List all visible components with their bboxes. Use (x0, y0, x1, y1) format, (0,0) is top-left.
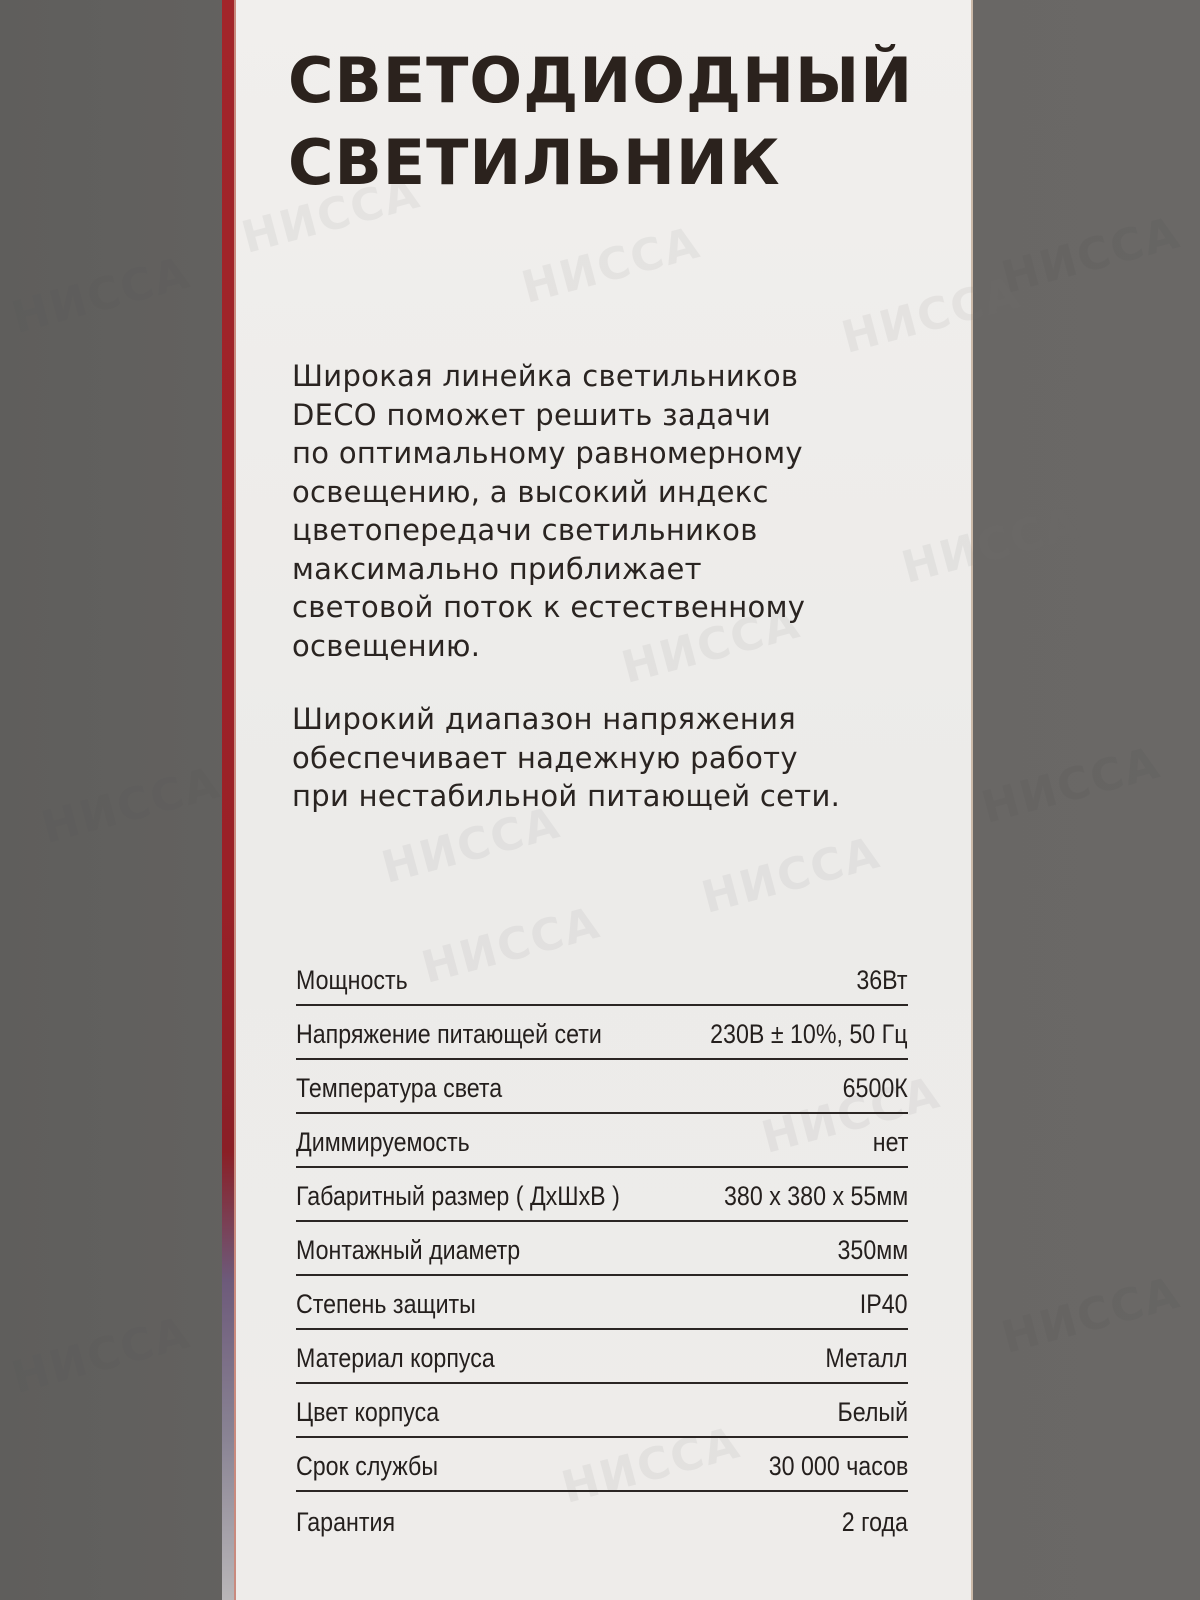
spec-label: Гарантия (296, 1507, 395, 1538)
text-line: Широкая линейка светильников (292, 357, 932, 396)
spec-value: 6500К (843, 1073, 908, 1104)
product-title: СВЕТОДИОДНЫЙ СВЕТИЛЬНИК (288, 40, 928, 204)
spec-label: Температура света (296, 1073, 502, 1104)
text-line: цветопередачи светильников (292, 511, 932, 550)
spec-label: Монтажный диаметр (296, 1235, 520, 1266)
description-paragraph: Широкая линейка светильников DECO поможе… (292, 357, 932, 665)
spec-value: 36Вт (857, 965, 908, 996)
text-line: Широкий диапазон напряжения (292, 700, 932, 739)
title-line: СВЕТОДИОДНЫЙ (288, 40, 928, 122)
spec-value: 230В ± 10%, 50 Гц (711, 1019, 908, 1050)
spec-label: Габаритный размер ( ДхШхВ ) (296, 1181, 620, 1212)
spec-value: IP40 (860, 1289, 908, 1320)
spec-row: Цвет корпусаБелый (296, 1384, 908, 1438)
spec-label: Напряжение питающей сети (296, 1019, 602, 1050)
spec-row: Срок службы30 000 часов (296, 1438, 908, 1492)
spec-value: 380 х 380 х 55мм (724, 1181, 908, 1212)
spec-value: нет (872, 1127, 908, 1158)
spec-label: Цвет корпуса (296, 1397, 439, 1428)
spec-row: Мощность36Вт (296, 952, 908, 1006)
spec-row: Степень защитыIP40 (296, 1276, 908, 1330)
spec-row: Напряжение питающей сети230В ± 10%, 50 Г… (296, 1006, 908, 1060)
description-paragraph: Широкий диапазон напряжения обеспечивает… (292, 700, 932, 816)
spec-label: Диммируемость (296, 1127, 470, 1158)
text-line: освещению. (292, 627, 932, 666)
spec-row: Габаритный размер ( ДхШхВ )380 х 380 х 5… (296, 1168, 908, 1222)
spec-value: Белый (837, 1397, 908, 1428)
text-line: максимально приближает (292, 550, 932, 589)
text-line: DECO поможет решить задачи (292, 396, 932, 435)
spec-row: Диммируемостьнет (296, 1114, 908, 1168)
text-line: по оптимальному равномерному (292, 434, 932, 473)
box-right-edge (971, 0, 973, 1600)
spec-label: Материал корпуса (296, 1343, 495, 1374)
spec-label: Мощность (296, 965, 408, 996)
spec-row: Монтажный диаметр350мм (296, 1222, 908, 1276)
spec-label: Срок службы (296, 1451, 438, 1482)
specifications-table: Мощность36Вт Напряжение питающей сети230… (296, 952, 908, 1546)
text-line: освещению, а высокий индекс (292, 473, 932, 512)
spec-value: Металл (826, 1343, 908, 1374)
spec-row: Температура света6500К (296, 1060, 908, 1114)
spec-row: Гарантия2 года (296, 1492, 908, 1546)
text-line: при нестабильной питающей сети. (292, 777, 932, 816)
text-line: обеспечивает надежную работу (292, 739, 932, 778)
spec-label: Степень защиты (296, 1289, 476, 1320)
title-line: СВЕТИЛЬНИК (288, 122, 928, 204)
spec-value: 350мм (837, 1235, 908, 1266)
spec-value: 30 000 часов (768, 1451, 908, 1482)
text-line: световой поток к естественному (292, 588, 932, 627)
spec-value: 2 года (842, 1507, 908, 1538)
spec-row: Материал корпусаМеталл (296, 1330, 908, 1384)
